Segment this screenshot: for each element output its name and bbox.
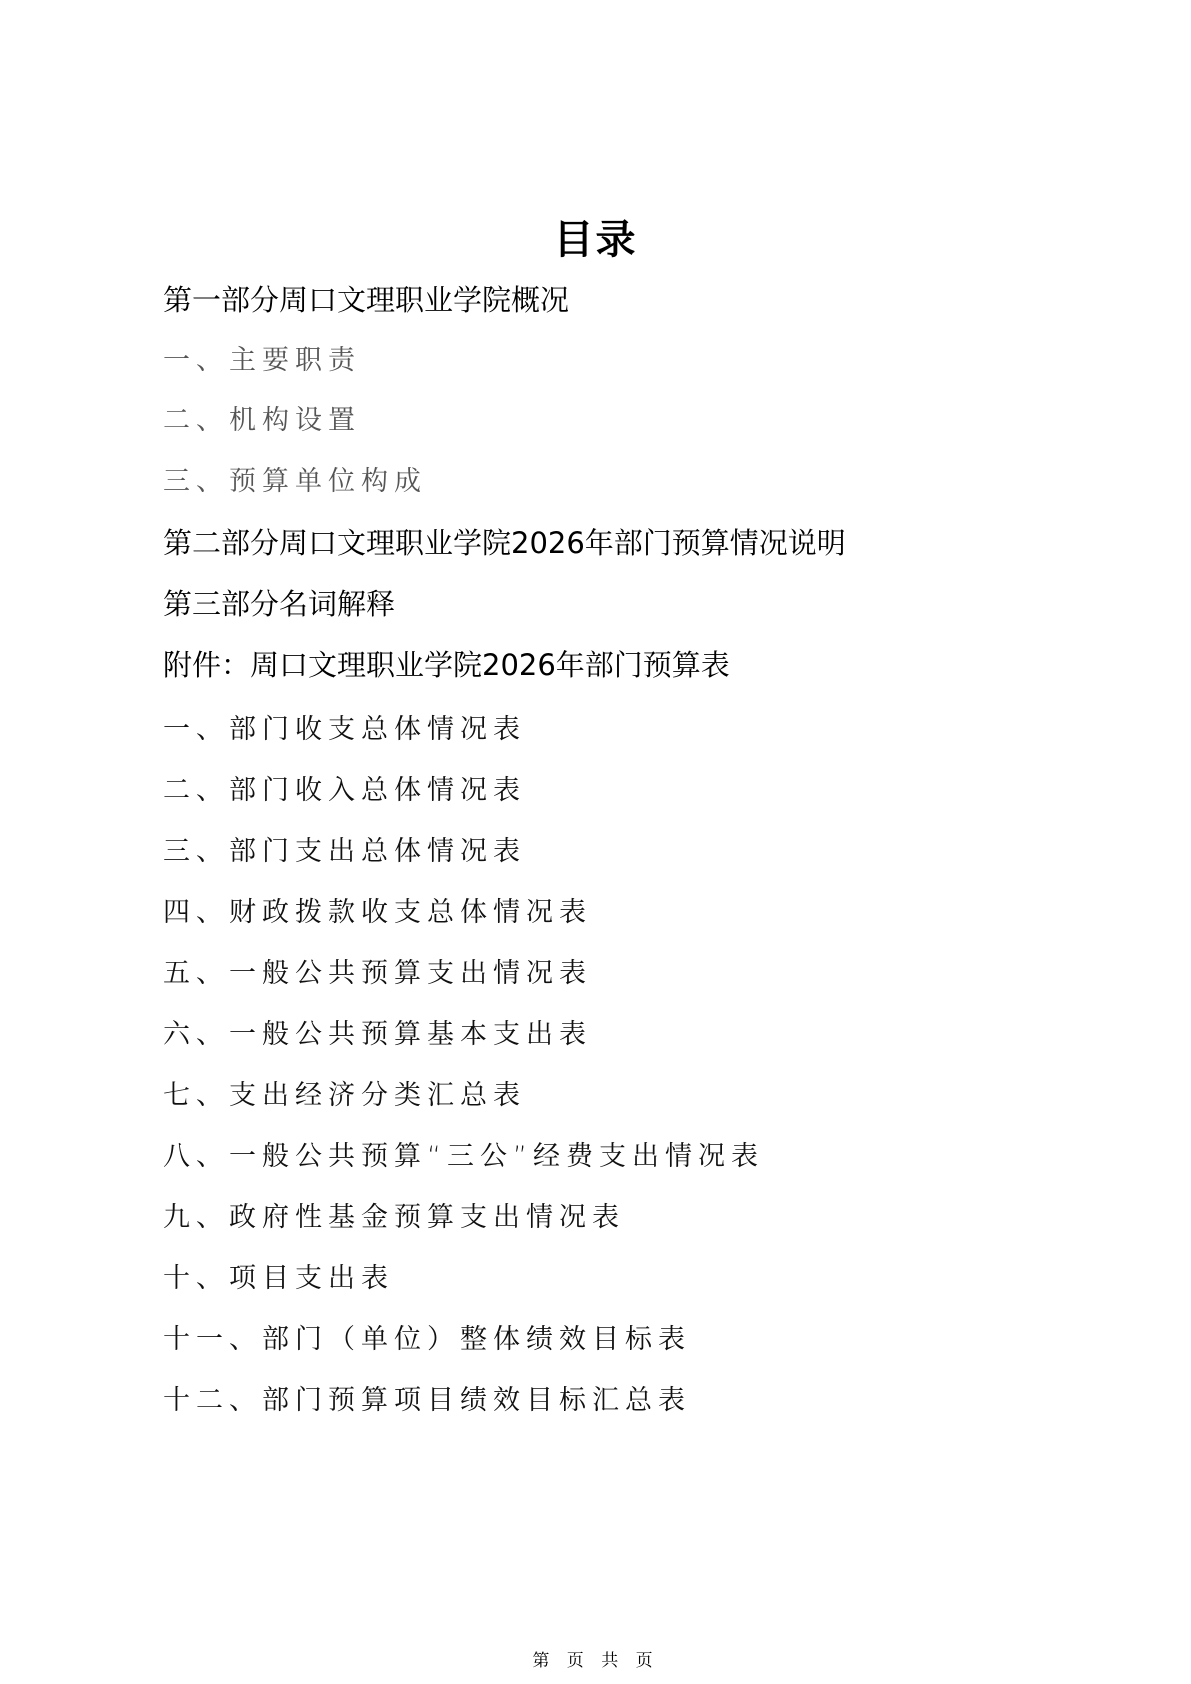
toc-part-one[interactable]: 第一部分周口文理职业学院概况: [163, 280, 569, 320]
toc-table-10[interactable]: 十、项目支出表: [163, 1259, 394, 1299]
toc-table-7[interactable]: 七、支出经济分类汇总表: [163, 1076, 526, 1116]
toc-table-11[interactable]: 十一、部门（单位）整体绩效目标表: [163, 1320, 691, 1360]
toc-item-budget-units[interactable]: 三、预算单位构成: [163, 462, 427, 502]
toc-table-12[interactable]: 十二、部门预算项目绩效目标汇总表: [163, 1381, 691, 1421]
toc-table-3[interactable]: 三、部门支出总体情况表: [163, 832, 526, 872]
toc-table-2[interactable]: 二、部门收入总体情况表: [163, 771, 526, 811]
toc-part-three[interactable]: 第三部分名词解释: [163, 584, 395, 624]
toc-item-main-duties[interactable]: 一、主要职责: [163, 341, 361, 381]
toc-table-9[interactable]: 九、政府性基金预算支出情况表: [163, 1198, 625, 1238]
toc-table-4[interactable]: 四、财政拨款收支总体情况表: [163, 893, 592, 933]
toc-part-two[interactable]: 第二部分周口文理职业学院2026年部门预算情况说明: [163, 523, 846, 563]
toc-table-8[interactable]: 八、一般公共预算“三公”经费支出情况表: [163, 1137, 764, 1177]
toc-table-6[interactable]: 六、一般公共预算基本支出表: [163, 1015, 592, 1055]
toc-item-org-structure[interactable]: 二、机构设置: [163, 401, 361, 441]
toc-table-5[interactable]: 五、一般公共预算支出情况表: [163, 954, 592, 994]
page-title: 目录: [0, 215, 1191, 265]
toc-table-1[interactable]: 一、部门收支总体情况表: [163, 710, 526, 750]
page-footer: 第 页 共 页: [0, 1651, 1191, 1671]
toc-attachment[interactable]: 附件：周口文理职业学院2026年部门预算表: [163, 645, 730, 685]
